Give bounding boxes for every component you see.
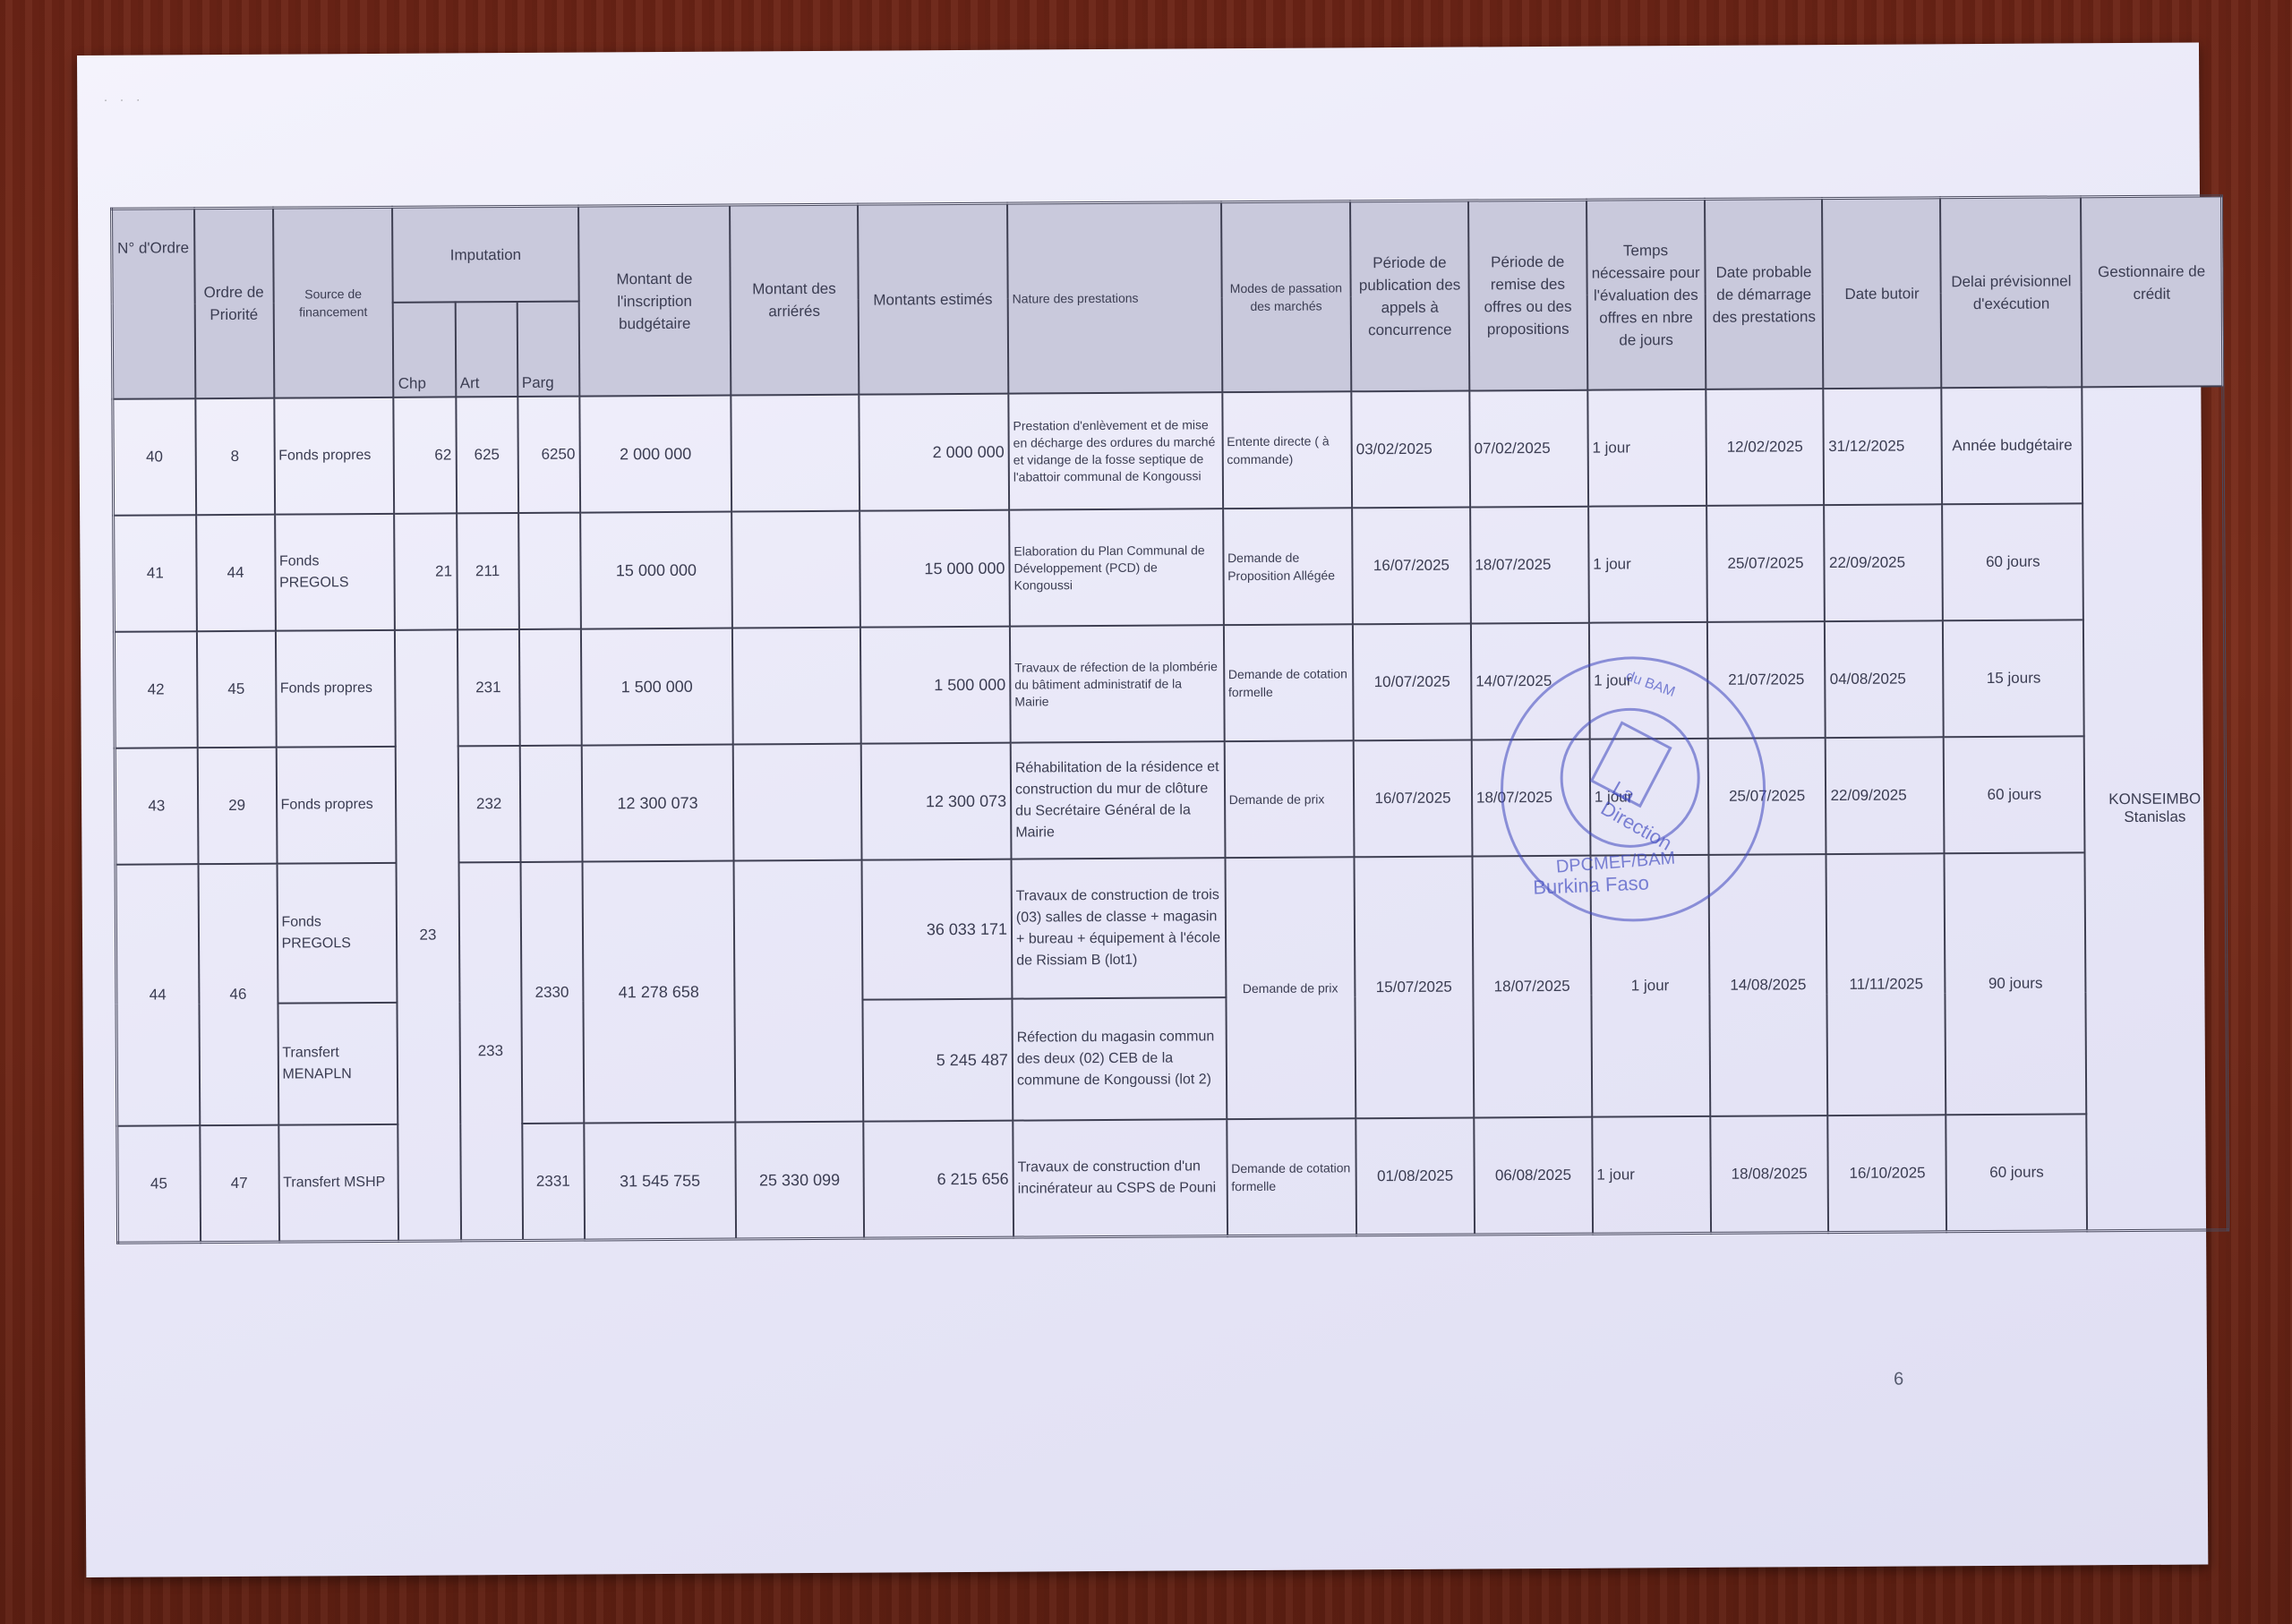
cell-art: 232 <box>458 746 520 862</box>
cell-parg <box>519 746 582 862</box>
cell-n-ordre: 45 <box>117 1125 201 1243</box>
cell-source: Fonds propres <box>274 397 395 515</box>
paper-marks: · · · <box>104 96 145 106</box>
cell-nature: Travaux de réfection de la plombérie du … <box>1010 625 1224 742</box>
cell-n-ordre: 42 <box>114 631 197 748</box>
cell-montant-inscription: 41 278 658 <box>582 861 735 1124</box>
cell-n-ordre: 40 <box>113 398 196 516</box>
cell-nature: Elaboration du Plan Communal de Développ… <box>1009 509 1223 626</box>
cell-art: 231 <box>457 629 519 746</box>
cell-montant-inscription: 2 000 000 <box>579 396 731 513</box>
cell-demarrage: 14/08/2025 <box>1708 854 1828 1116</box>
header-montant-arrieres: Montant des arriérés <box>730 204 859 395</box>
cell-remise: 18/07/2025 <box>1472 856 1592 1118</box>
cell-ordre-priorite: 45 <box>197 631 277 748</box>
cell-n-ordre: 44 <box>115 864 200 1126</box>
header-nature: Nature des prestations <box>1007 202 1222 394</box>
cell-mode: Demande de cotation formelle <box>1224 624 1354 741</box>
cell-demarrage: 25/07/2025 <box>1706 505 1826 622</box>
cell-art: 211 <box>457 513 519 629</box>
cell-demarrage: 12/02/2025 <box>1706 389 1825 506</box>
cell-remise: 18/07/2025 <box>1472 739 1591 857</box>
cell-gestionnaire: KONSEIMBO Stanislas <box>2082 386 2228 1230</box>
table-row-42: 42 45 Fonds propres 23 231 1 500 000 1 5… <box>114 619 2225 748</box>
header-row-1: N° d'Ordre Ordre de Priorité Source de f… <box>112 196 2223 304</box>
cell-source: Fonds propres <box>276 747 397 864</box>
cell-publication: 16/07/2025 <box>1352 508 1471 625</box>
header-chp: Chp <box>393 302 456 397</box>
cell-montants-estimes: 15 000 000 <box>859 510 1010 628</box>
cell-n-ordre: 43 <box>115 748 198 865</box>
cell-montants-estimes: 36 033 171 <box>861 859 1012 1000</box>
cell-parg: 2331 <box>522 1124 585 1241</box>
cell-montant-arrieres: 25 330 099 <box>735 1122 863 1239</box>
cell-ordre-priorite: 46 <box>198 864 278 1126</box>
cell-art: 625 <box>456 397 518 513</box>
cell-nature: Réhabilitation de la résidence et constr… <box>1011 741 1225 859</box>
cell-source: Transfert MSHP <box>278 1124 399 1242</box>
header-parg: Parg <box>517 302 579 397</box>
cell-n-ordre: 41 <box>114 515 197 632</box>
cell-montants-estimes: 6 215 656 <box>863 1121 1013 1239</box>
header-temps-evaluation: Temps nécessaire pour l'évaluation des o… <box>1586 199 1706 389</box>
page-number: 6 <box>1894 1370 1903 1390</box>
cell-mode: Entente directe ( à commande) <box>1222 391 1352 509</box>
header-date-demarrage: Date probable de démarrage des prestatio… <box>1705 199 1824 389</box>
cell-parg <box>518 513 581 629</box>
header-ordre-priorite: Ordre de Priorité <box>194 208 274 398</box>
cell-publication: 01/08/2025 <box>1356 1117 1475 1235</box>
cell-temps: 1 jour <box>1587 389 1706 507</box>
cell-nature: Travaux de construction d'un incinérateu… <box>1013 1119 1227 1237</box>
cell-delai: 60 jours <box>1944 736 2085 853</box>
header-modes: Modes de passation des marchés <box>1221 201 1352 392</box>
cell-temps: 1 jour <box>1590 855 1710 1117</box>
cell-butoir: 11/11/2025 <box>1826 853 1946 1115</box>
cell-publication: 10/07/2025 <box>1353 624 1472 741</box>
cell-nature: Prestation d'enlèvement et de mise en dé… <box>1008 392 1222 509</box>
cell-butoir: 22/09/2025 <box>1826 737 1945 854</box>
header-source: Source de financement <box>273 207 394 397</box>
cell-source: Transfert MENAPLN <box>278 1003 398 1125</box>
cell-montant-inscription: 1 500 000 <box>581 628 733 746</box>
cell-montant-arrieres <box>734 860 863 1123</box>
table-row-41: 41 44 Fonds PREGOLS 21 211 15 000 000 15… <box>114 502 2225 631</box>
cell-nature: Travaux de construction de trois (03) sa… <box>1011 858 1226 998</box>
header-date-butoir: Date butoir <box>1822 198 1941 389</box>
cell-butoir: 16/10/2025 <box>1828 1115 1947 1232</box>
cell-temps: 1 jour <box>1588 506 1707 623</box>
cell-ordre-priorite: 44 <box>196 515 276 632</box>
cell-mode: Demande de prix <box>1224 740 1354 858</box>
header-gestionnaire: Gestionnaire de crédit <box>2081 196 2222 387</box>
table-row-40: 40 8 Fonds propres 62 625 6250 2 000 000… <box>113 386 2224 515</box>
cell-montants-estimes: 1 500 000 <box>859 627 1010 744</box>
header-delai: Delai prévisionnel d'exécution <box>1940 197 2082 388</box>
cell-montants-estimes: 12 300 073 <box>860 743 1011 860</box>
cell-montant-arrieres <box>731 511 859 628</box>
cell-source: Fonds propres <box>275 630 396 748</box>
cell-parg: 6250 <box>517 397 580 513</box>
cell-delai: 60 jours <box>1946 1114 2088 1231</box>
cell-butoir: 22/09/2025 <box>1825 504 1944 621</box>
cell-parg <box>519 629 582 746</box>
cell-temps: 1 jour <box>1589 622 1708 739</box>
cell-publication: 03/02/2025 <box>1351 391 1470 509</box>
cell-remise: 18/07/2025 <box>1470 507 1589 624</box>
header-imputation: Imputation <box>392 206 578 303</box>
header-montant-inscription: Montant de l'inscription budgétaire <box>578 205 731 397</box>
cell-mode: Demande de cotation formelle <box>1227 1118 1356 1235</box>
cell-remise: 06/08/2025 <box>1474 1117 1593 1235</box>
header-n-ordre: N° d'Ordre <box>112 209 195 399</box>
cell-montants-estimes: 2 000 000 <box>859 394 1009 511</box>
cell-temps: 1 jour <box>1592 1116 1711 1234</box>
document-page: · · · N° d'Ordre Ordre de Priorité Sourc… <box>77 43 2208 1577</box>
cell-montant-inscription: 31 545 755 <box>584 1123 736 1241</box>
cell-remise: 07/02/2025 <box>1469 390 1588 508</box>
cell-butoir: 31/12/2025 <box>1824 388 1943 505</box>
cell-delai: Année budgétaire <box>1942 387 2083 504</box>
cell-publication: 16/07/2025 <box>1354 739 1473 857</box>
cell-montant-arrieres <box>733 744 861 861</box>
cell-delai: 90 jours <box>1945 852 2087 1115</box>
cell-nature: Réfection du magasin commun des deux (02… <box>1012 997 1226 1120</box>
cell-delai: 15 jours <box>1943 620 2084 737</box>
cell-source: Fonds PREGOLS <box>277 863 398 1004</box>
cell-art-shared: 233 <box>458 862 523 1241</box>
cell-montant-arrieres <box>731 395 859 512</box>
cell-chp: 62 <box>394 397 457 513</box>
cell-montant-arrieres <box>732 628 860 745</box>
header-periode-publication: Période de publication des appels à conc… <box>1350 201 1469 391</box>
cell-demarrage: 18/08/2025 <box>1710 1115 1829 1233</box>
cell-chp: 21 <box>395 513 458 629</box>
cell-demarrage: 25/07/2025 <box>1707 738 1826 855</box>
cell-montant-inscription: 12 300 073 <box>581 745 733 862</box>
cell-montants-estimes: 5 245 487 <box>862 999 1013 1122</box>
procurement-plan-table: N° d'Ordre Ordre de Priorité Source de f… <box>110 194 2229 1244</box>
header-periode-remise: Période de remise des offres ou des prop… <box>1468 200 1587 390</box>
cell-source: Fonds PREGOLS <box>275 514 396 631</box>
cell-ordre-priorite: 47 <box>200 1125 279 1243</box>
cell-parg: 2330 <box>520 862 584 1124</box>
cell-montant-inscription: 15 000 000 <box>580 512 732 629</box>
cell-ordre-priorite: 8 <box>195 398 275 516</box>
cell-mode: Demande de Proposition Allégée <box>1223 508 1353 625</box>
cell-delai: 60 jours <box>1942 503 2083 620</box>
header-art: Art <box>455 302 517 397</box>
cell-chp-shared: 23 <box>395 629 460 1241</box>
cell-demarrage: 21/07/2025 <box>1706 621 1826 739</box>
header-montants-estimes: Montants estimés <box>858 203 1009 395</box>
cell-temps: 1 jour <box>1589 739 1708 856</box>
cell-publication: 15/07/2025 <box>1355 856 1475 1118</box>
cell-butoir: 04/08/2025 <box>1825 620 1944 738</box>
cell-mode: Demande de prix <box>1225 857 1356 1119</box>
cell-ordre-priorite: 29 <box>197 748 277 865</box>
cell-remise: 14/07/2025 <box>1471 623 1590 740</box>
